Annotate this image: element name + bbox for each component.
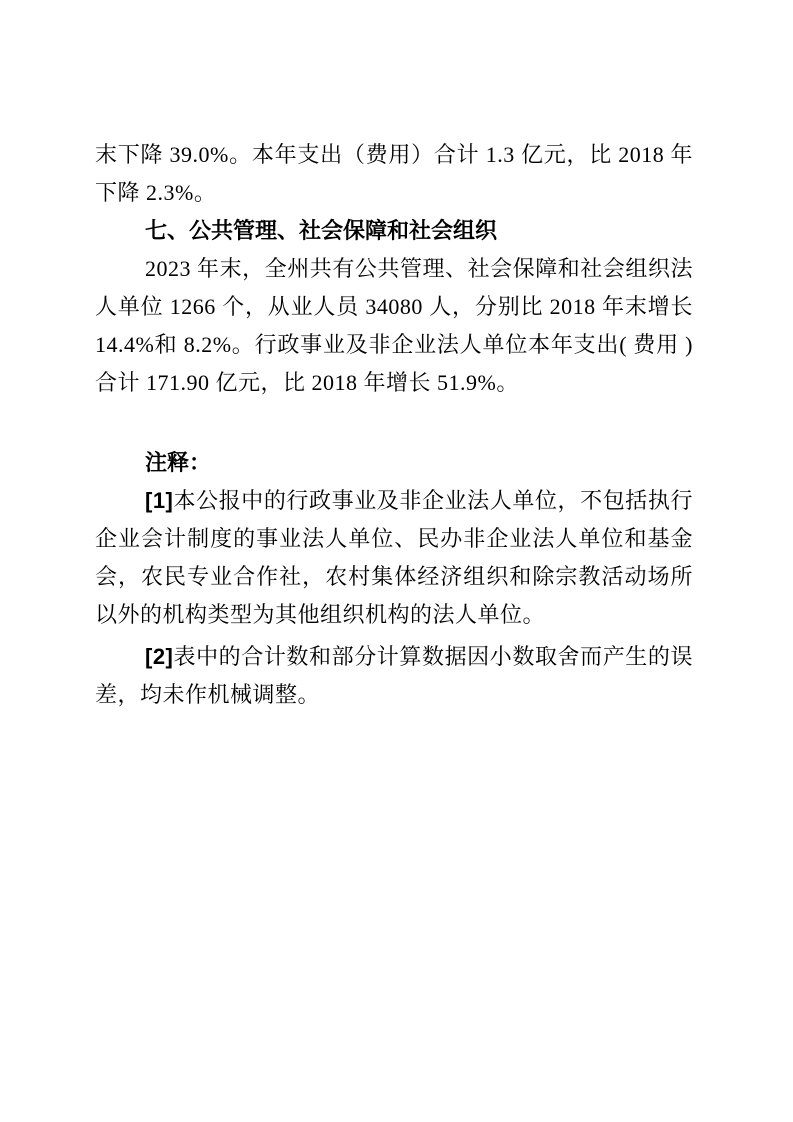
note-2-text: 表中的合计数和部分计算数据因小数取舍而产生的误差，均未作机械调整。 — [95, 644, 693, 707]
paragraph-public-management-stats: 2023 年末，全州共有公共管理、社会保障和社会组织法人单位 1266 个，从业… — [95, 250, 693, 402]
note-1: [1]本公报中的行政事业及非企业法人单位，不包括执行企业会计制度的事业法人单位、… — [95, 482, 693, 634]
note-2: [2]表中的合计数和部分计算数据因小数取舍而产生的误差，均未作机械调整。 — [95, 638, 693, 714]
section-heading-public-management: 七、公共管理、社会保障和社会组织 — [95, 212, 693, 250]
note-1-marker: [1] — [145, 488, 173, 513]
paragraph-expenditure-overflow: 末下降 39.0%。本年支出（费用）合计 1.3 亿元，比 2018 年下降 2… — [95, 136, 693, 212]
note-2-marker: [2] — [145, 644, 173, 669]
notes-heading: 注释： — [95, 444, 693, 482]
note-1-text: 本公报中的行政事业及非企业法人单位，不包括执行企业会计制度的事业法人单位、民办非… — [95, 488, 693, 627]
document-page: 末下降 39.0%。本年支出（费用）合计 1.3 亿元，比 2018 年下降 2… — [0, 0, 793, 1122]
